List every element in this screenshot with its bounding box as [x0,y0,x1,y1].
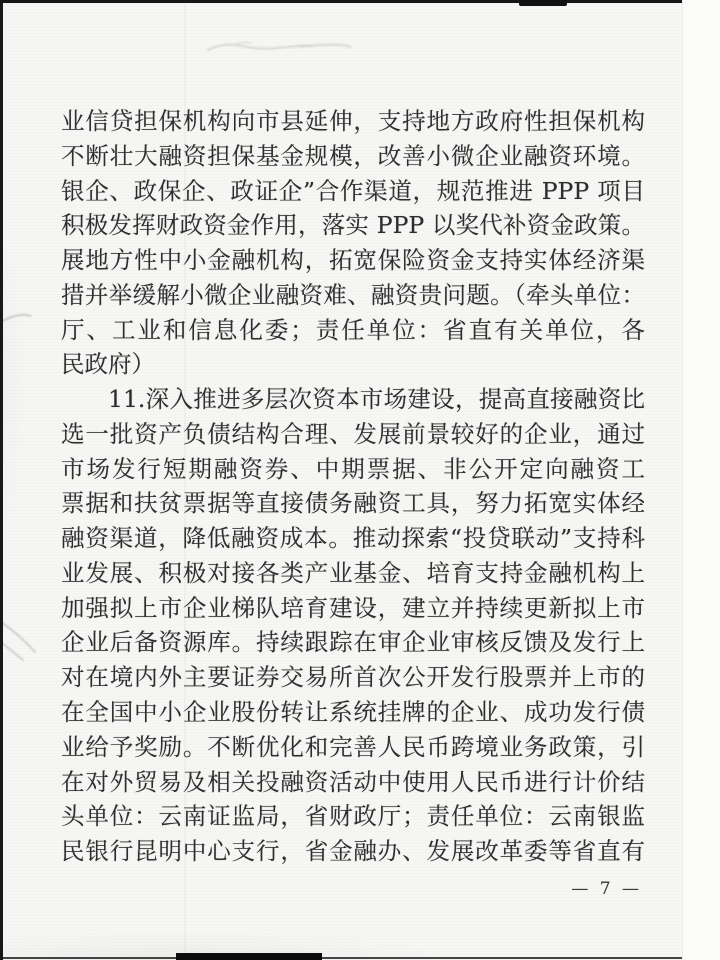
text-line: 头单位：云南证监局，省财政厅；责任单位：云南银监局、人 [61,799,645,834]
text-line: 融资渠道，降低融资成本。推动探索“投贷联动”支持科创企 [61,521,645,556]
text-line: 业信贷担保机构向市县延伸，支持地方政府性担保机构发展， [61,104,645,139]
page-number: — 7 — [571,879,642,899]
text-line: 市场发行短期融资券、中期票据、非公开定向融资工具、绿色 [61,452,645,487]
scan-margin-right [682,0,720,960]
pencil-smudge-top-2 [236,42,312,47]
text-line: 展地方性中小金融机构，拓宽保险资金支持实体经济渠道，多 [61,243,645,278]
left-edge-mark-2 [1,622,35,660]
text-line: 不断壮大融资担保基金规模，改善小微企业融资环境。疏通“政 [61,139,645,174]
text-line: 在对外贸易及相关投融资活动中使用人民币进行计价结算。（牵 [61,765,645,800]
scan-edge-bottom [0,957,687,959]
text-line: 民政府） [61,347,645,382]
text-line: 民银行昆明中心支行，省金融办、发展改革委等省直有关单位， [61,834,645,869]
text-line: 在全国中小企业股份转让系统挂牌的企业、成功发行债券的企 [61,695,645,730]
scan-edge-left [0,0,3,960]
scan-edge-top [0,0,687,3]
text-line: 措并举缓解小微企业融资难、融资贵问题。（牵头单位：省财政 [61,278,645,313]
document-text: 业信贷担保机构向市县延伸，支持地方政府性担保机构发展，不断壮大融资担保基金规模，… [61,104,645,869]
scan-edge-top-blob [519,0,567,6]
pencil-smudge-top [208,45,350,50]
text-line: 票据和扶贫票据等直接债务融资工具，努力拓宽实体经济直接 [61,486,645,521]
text-line: 积极发挥财政资金作用，落实 PPP 以奖代补资金政策。规范发 [61,208,645,243]
text-line: 加强拟上市企业梯队培育建设，建立并持续更新拟上市（挂牌） [61,591,645,626]
text-line: 11.深入推进多层次资本市场建设，提高直接融资比重。筛 [61,382,645,417]
text-line: 对在境内外主要证券交易所首次公开发行股票并上市的企业、 [61,660,645,695]
text-line: 业发展、积极对接各类产业基金、培育支持金融机构上市融资。 [61,556,645,591]
text-line: 业给予奖励。不断优化和完善人民币跨境业务政策，引导企业 [61,730,645,765]
text-line: 银企、政保企、政证企”合作渠道，规范推进 PPP 项目实施， [61,174,645,209]
text-line: 选一批资产负债结构合理、发展前景较好的企业，通过银行间 [61,417,645,452]
text-line: 厅、工业和信息化委；责任单位：省直有关单位，各州、市人 [61,313,645,348]
text-line: 企业后备资源库。持续跟踪在审企业审核反馈及发行上市进程。 [61,625,645,660]
scan-edge-bottom-blob [176,953,322,960]
scanned-document-page: 业信贷担保机构向市县延伸，支持地方政府性担保机构发展，不断壮大融资担保基金规模，… [0,0,720,960]
left-edge-mark-1 [1,315,31,322]
